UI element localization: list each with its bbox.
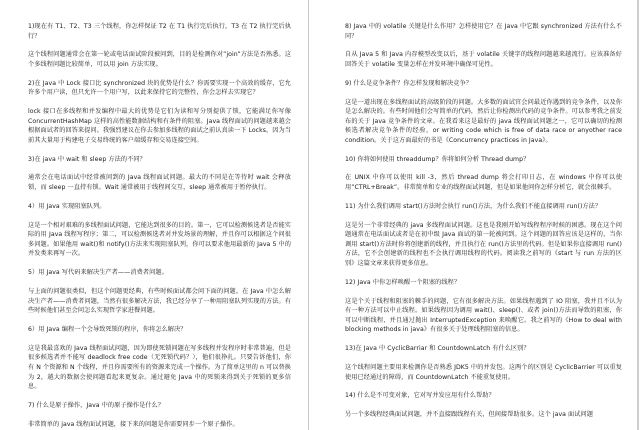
question-5: 5）用 Java 写代码来解决生产者——消费者问题。 <box>28 268 291 278</box>
question-4: 4）用 Java 实现阻塞队列。 <box>28 202 291 212</box>
right-page: 8) Java 中的 volatile 关键是什么作用？怎样使用它？在 Java… <box>309 0 640 430</box>
page-edge <box>637 0 639 430</box>
answer-6: 这是我最喜欢的 Java 线程面试问题，因为即使死锁问题在写多线程并发程序时非常… <box>28 344 291 392</box>
answer-9: 这是一道出现在多线程面试的高级阶段的问题。大多数的面试官会问最近你遇到的竞争条件… <box>345 98 622 146</box>
document-spread: 1)现在有 T1、T2、T3 三个线程，你怎样保证 T2 在 T1 执行完后执行… <box>0 0 640 430</box>
question-12: 12) Java 中你怎样唤醒一个阻塞的线程？ <box>345 278 622 288</box>
question-1: 1)现在有 T1、T2、T3 三个线程，你怎样保证 T2 在 T1 执行完后执行… <box>28 22 291 41</box>
answer-14: 另一个多线程经典面试问题，并不直接跟线程有关，但间接帮助很多。这个 java 面… <box>345 410 622 420</box>
question-11: 11) 为什么我们调用 start()方法时会执行 run()方法，为什么我们不… <box>345 202 622 212</box>
question-10: 10) 你将如何使用 threaddump？你将如何分析 Thread dump… <box>345 155 622 165</box>
answer-5: 与上面的问题很类似，但这个问题更经典，有些时候面试都会问下面的问题。在 Java… <box>28 287 291 316</box>
answer-12: 这是个关于线程和阻塞的棘手的问题，它有很多解决方法。如果线程遇到了 IO 阻塞，… <box>345 297 622 335</box>
question-14: 14) 什么是不可变对象，它对写并发应用有什么帮助？ <box>345 391 622 401</box>
question-2: 2)在 Java 中 Lock 接口比 synchronized 块的优势是什么… <box>28 79 291 98</box>
question-8: 8) Java 中的 volatile 关键是什么作用？怎样使用它？在 Java… <box>345 22 622 41</box>
answer-10: 在 UNIX 中你可以使用 kill -3，然后 thread dump 将会打… <box>345 173 622 192</box>
question-6: 6）用 Java 编程一个会导致死锁的程序，你将怎么解决？ <box>28 325 291 335</box>
answer-11: 这是另一个非常经典的 java 多线程面试问题。这也是我刚开始写线程程序时候的困… <box>345 221 622 269</box>
answer-7: 非常简单的 java 线程面试问题，接下来的问题是你需要同步一个原子操作。 <box>28 420 291 430</box>
question-3: 3)在 java 中 wait 和 sleep 方法的不同？ <box>28 155 291 165</box>
answer-3: 通常会在电话面试中经常被问到的 Java 线程面试问题。最大的不同是在等待时 w… <box>28 173 291 192</box>
answer-1: 这个线程问题通常会在第一轮或电话面试阶段被问到，目的是检测你对”join”方法是… <box>28 50 291 69</box>
question-7: 7) 什么是原子操作，Java 中的原子操作是什么？ <box>28 401 291 411</box>
question-13: 13)在 Java 中 CyclicBarriar 和 CountdownLat… <box>345 344 622 354</box>
answer-4: 这是一个相对艰难的多线程面试问题，它能达到很多的目的。第一，它可以检测候选者是否… <box>28 221 291 259</box>
answer-13: 这个线程问题主要用来检测你是否熟悉 JDK5 中的并发包。这两个的区别是 Cyc… <box>345 363 622 382</box>
question-9: 9) 什么是竞争条件？你怎样发现和解决竞争？ <box>345 79 622 89</box>
answer-2: lock 接口在多线程和并发编程中最大的优势是它们为读和写分别提供了锁，它能满足… <box>28 107 291 145</box>
answer-8: 自从 Java 5 和 Java 内存模型改变以后，基于 volatile 关键… <box>345 50 622 69</box>
left-page: 1)现在有 T1、T2、T3 三个线程，你怎样保证 T2 在 T1 执行完后执行… <box>0 0 309 430</box>
